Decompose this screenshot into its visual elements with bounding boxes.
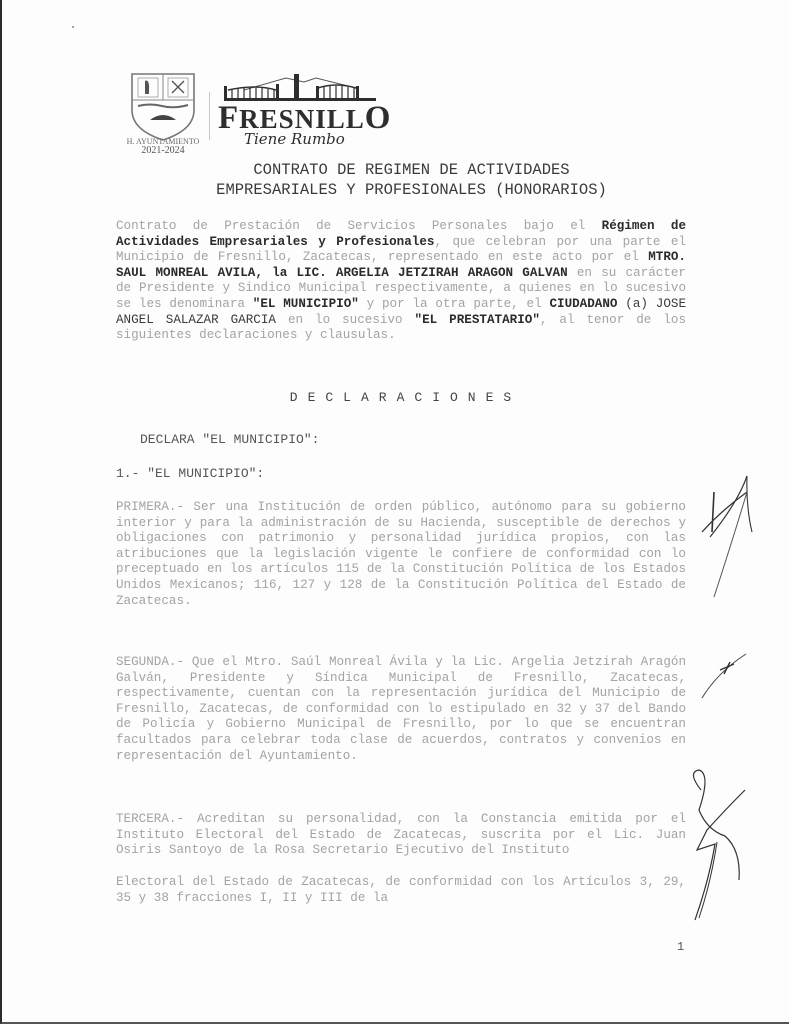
intro-paragraph: Contrato de Prestación de Servicios Pers… <box>116 219 686 344</box>
declara-municipio-heading: DECLARA "EL MUNICIPIO": <box>140 432 319 447</box>
shield-caption-line2: 2021-2024 <box>120 146 206 156</box>
brand-tagline: Tiene Rumbo <box>244 130 345 148</box>
intro-text-5: en lo sucesivo <box>276 313 415 327</box>
intro-text-4: y por la otra parte, el <box>359 297 550 311</box>
signature-1-icon <box>692 462 772 602</box>
party-ciudadano: CIUDADANO <box>549 297 617 311</box>
document-title-line2: EMPRESARIALES Y PROFESIONALES (HONORARIO… <box>2 180 789 200</box>
section-heading-declaraciones: DECLARACIONES <box>2 390 789 405</box>
party-municipio: "EL MUNICIPIO" <box>253 297 359 311</box>
logo-divider <box>209 92 210 140</box>
document-title-line1: CONTRATO DE REGIMEN DE ACTIVIDADES <box>2 160 789 180</box>
document-page: H. AYUNTAMIENTO 2021-2024 FRESNILLO Tien… <box>0 0 789 1024</box>
page-number: 1 <box>677 940 684 954</box>
clause-tercera-part1: TERCERA.- Acreditan su personalidad, con… <box>116 812 686 859</box>
shield-caption: H. AYUNTAMIENTO 2021-2024 <box>120 138 206 156</box>
brand-final: O <box>365 100 392 136</box>
item-1-heading: 1.- "EL MUNICIPIO": <box>116 466 264 481</box>
clause-primera: PRIMERA.- Ser una Institución de orden p… <box>116 500 686 609</box>
brand-initial: F <box>218 100 239 136</box>
party-prestatario: "EL PRESTATARIO" <box>415 313 540 327</box>
clause-tercera-part2: Electoral del Estado de Zacatecas, de co… <box>116 875 686 906</box>
signature-2-icon <box>698 650 758 700</box>
intro-text-1: Contrato de Prestación de Servicios Pers… <box>116 219 602 233</box>
scan-speck <box>72 26 74 28</box>
signature-3-icon <box>685 770 765 930</box>
clause-segunda: SEGUNDA.- Que el Mtro. Saúl Monreal Ávil… <box>116 655 686 764</box>
